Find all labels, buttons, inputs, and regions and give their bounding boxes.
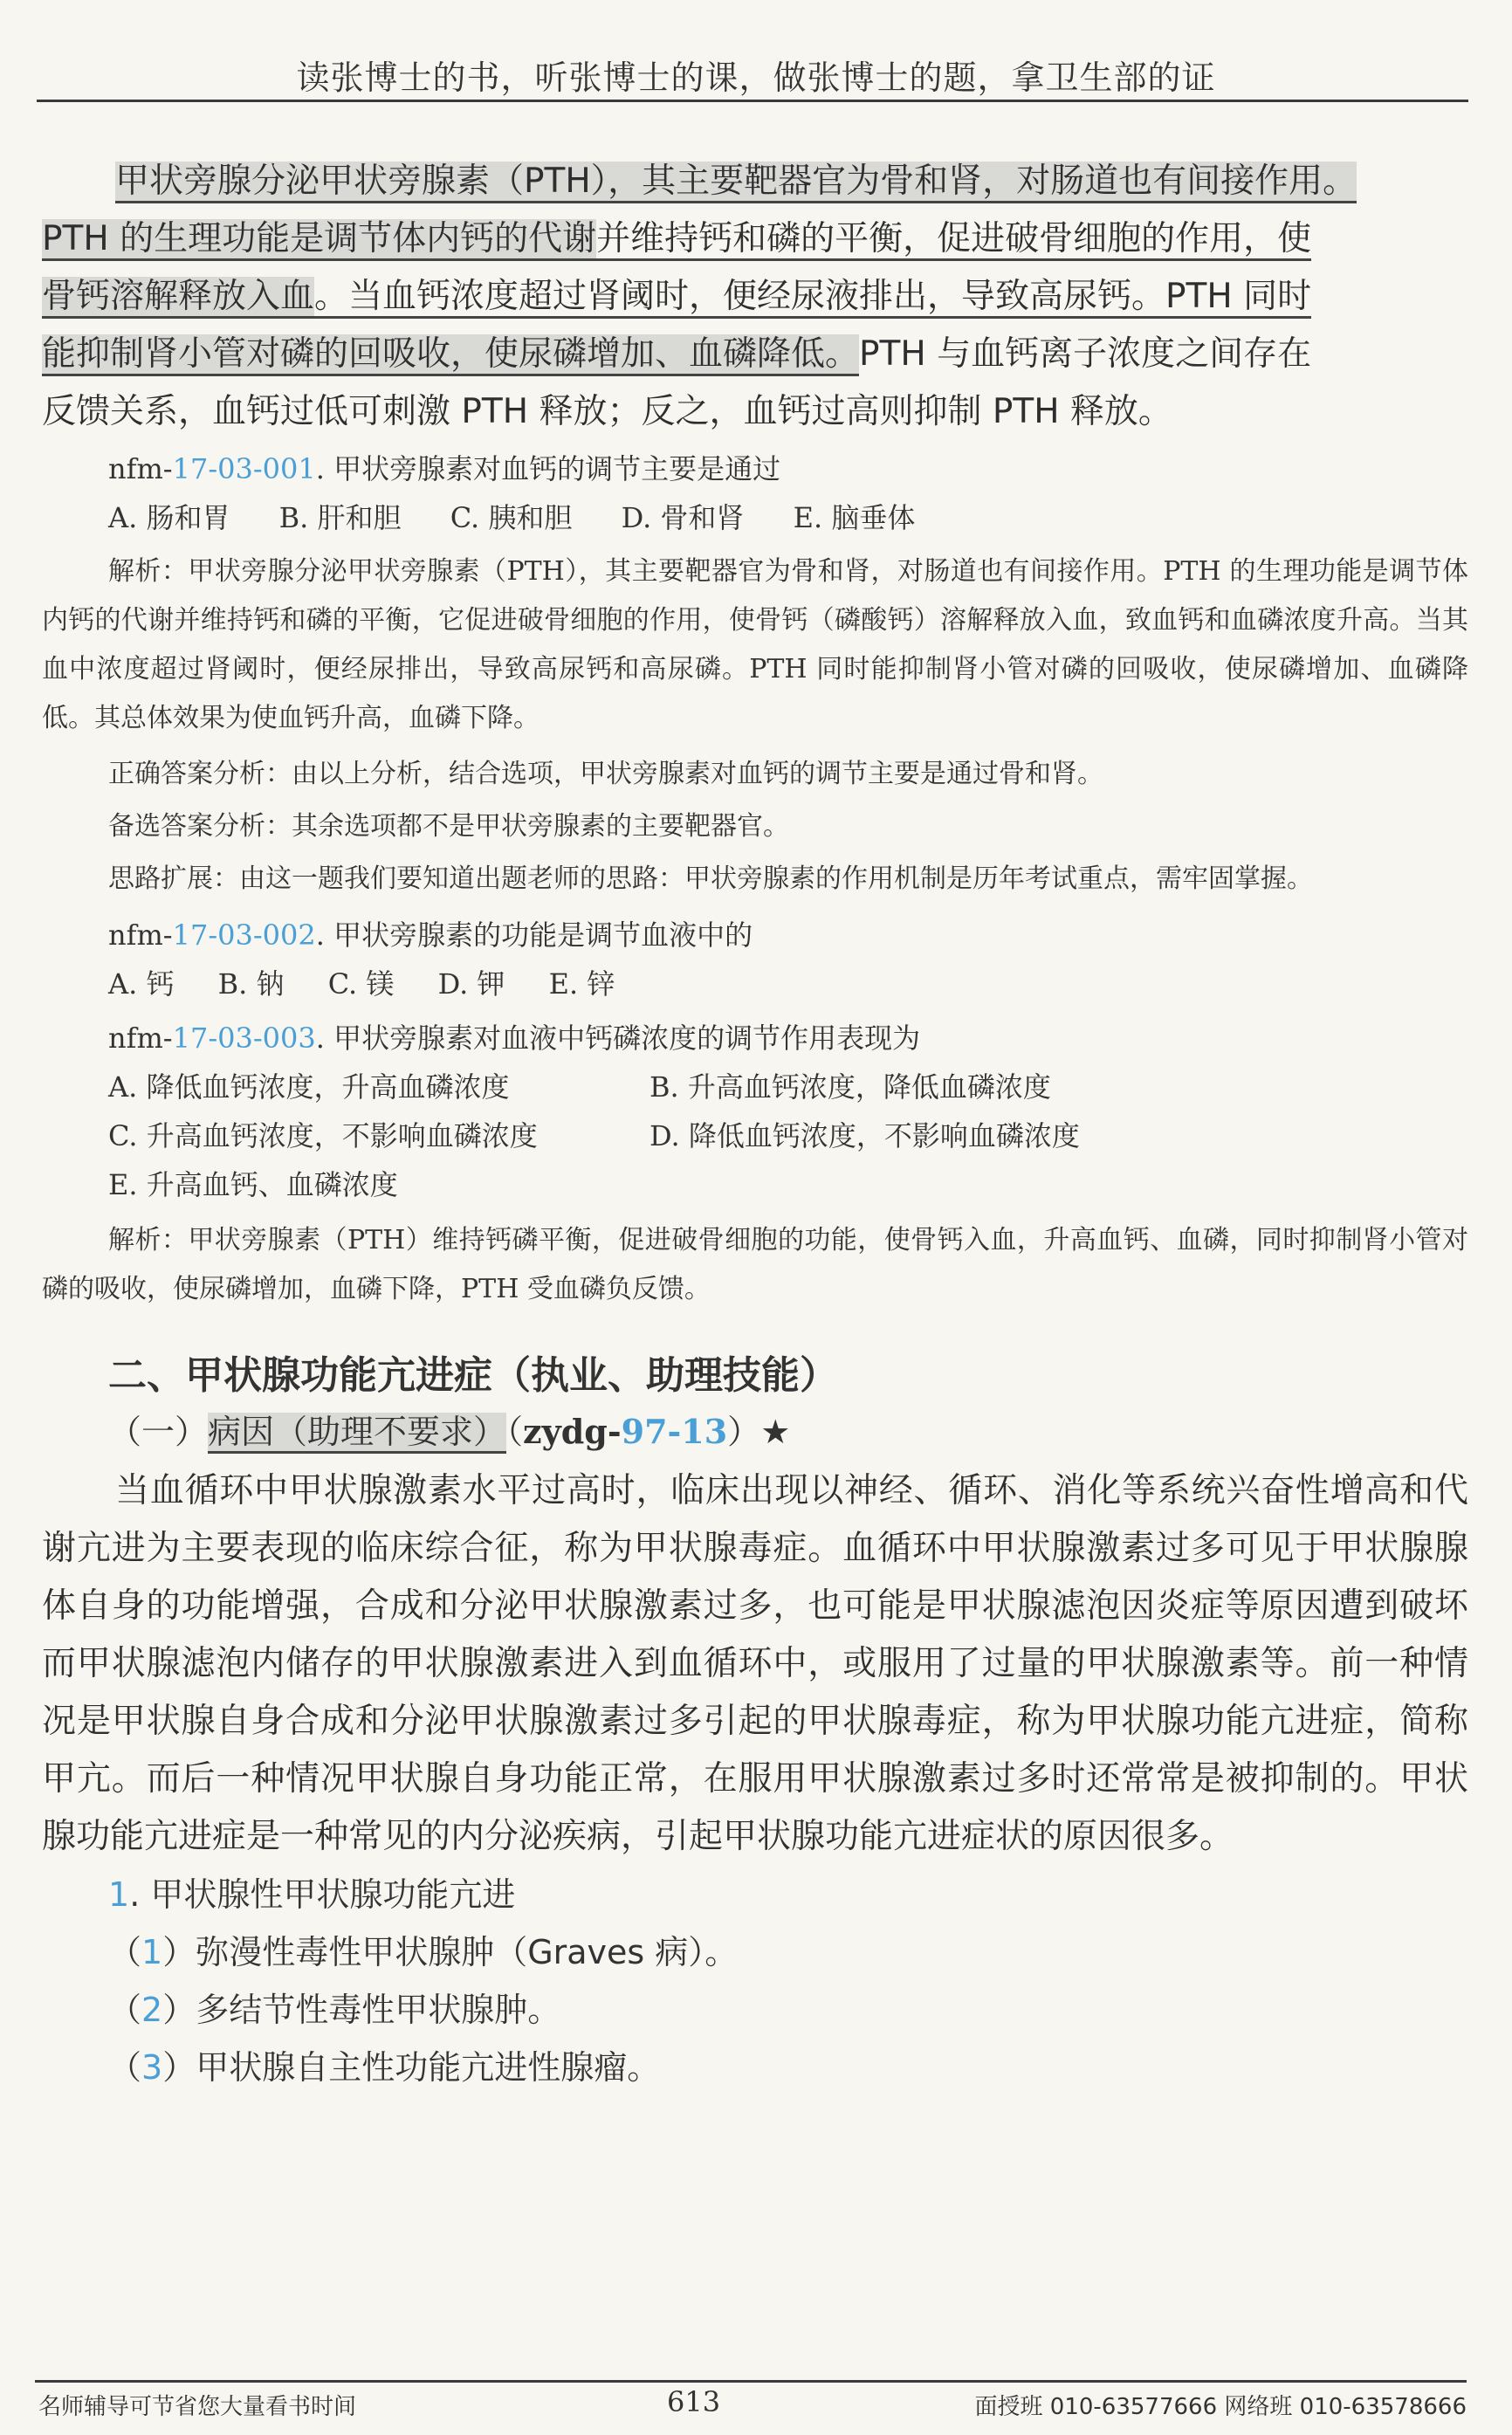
intro-line-1: 甲状旁腺分泌甲状旁腺素（PTH），其主要靶器官为骨和肾，对肠道也有间接作用。 <box>42 153 1468 210</box>
list-item: （3）甲状腺自主性功能亢进性腺瘤。 <box>42 2039 1468 2096</box>
page-content: 甲状旁腺分泌甲状旁腺素（PTH），其主要靶器官为骨和肾，对肠道也有间接作用。 P… <box>42 153 1468 2096</box>
option-e: E. 锌 <box>549 960 615 1008</box>
paren-open: （ <box>108 1933 141 1971</box>
subsection-highlighted-title: 病因（助理不要求） <box>208 1413 506 1454</box>
list-text: ）甲状腺自主性功能亢进性腺瘤。 <box>162 2048 660 2087</box>
intro-line-4: 能抑制肾小管对磷的回吸收，使尿磷增加、血磷降低。PTH 与血钙离子浓度之间存在 <box>42 326 1468 383</box>
question-text: . 甲状旁腺素的功能是调节血液中的 <box>316 918 753 952</box>
highlighted-text: 甲状旁腺分泌甲状旁腺素（PTH），其主要靶器官为骨和肾，对肠道也有间接作用。 <box>115 162 1357 203</box>
section-hyperthyroidism: 二、甲状腺功能亢进症（执业、助理技能） （一）病因（助理不要求）（zydg-97… <box>42 1345 1468 2096</box>
intro-paragraph: 甲状旁腺分泌甲状旁腺素（PTH），其主要靶器官为骨和肾，对肠道也有间接作用。 P… <box>42 153 1468 441</box>
subsection-prefix: （一） <box>108 1413 208 1451</box>
option-e: E. 升高血钙、血磷浓度 <box>108 1160 649 1209</box>
highlighted-text: 能抑制肾小管对磷的回吸收，使尿磷增加、血磷降低。 <box>42 334 859 376</box>
page-footer: 名师辅导可节省您大量看书时间 613 面授班 010-63577666 网络班 … <box>38 2389 1467 2427</box>
question-code-number: 17-03-002 <box>173 918 316 952</box>
list-text: ）弥漫性毒性甲状腺肿（Graves 病）。 <box>162 1933 738 1971</box>
question-code-prefix: nfm- <box>108 918 173 952</box>
option-d: D. 降低血钙浓度，不影响血磷浓度 <box>649 1111 1191 1160</box>
question-2: nfm-17-03-002. 甲状旁腺素的功能是调节血液中的 A. 钙 B. 钠… <box>42 911 1468 1008</box>
option-c: C. 镁 <box>328 960 395 1008</box>
question-code-prefix: nfm- <box>108 1021 173 1055</box>
intro-line-3: 骨钙溶解释放入血。当血钙浓度超过肾阈时，便经尿液排出，导致高尿钙。PTH 同时 <box>42 268 1468 326</box>
section-body: 当血循环中甲状腺激素水平过高时，临床出现以神经、循环、消化等系统兴奋性增高和代谢… <box>42 1462 1468 1866</box>
intro-line-5: 反馈关系，血钙过低可刺激 PTH 释放；反之，血钙过高则抑制 PTH 释放。 <box>42 383 1468 441</box>
thinking-extension: 思路扩展：由这一题我们要知道出题老师的思路：甲状旁腺素的作用机制是历年考试重点，… <box>42 855 1468 904</box>
analysis-text: 解析：甲状旁腺素（PTH）维持钙磷平衡，促进破骨细胞的功能，使骨钙入血，升高血钙… <box>42 1216 1468 1314</box>
list-number: 1 <box>108 1875 129 1914</box>
section-title: 二、甲状腺功能亢进症（执业、助理技能） <box>42 1345 1468 1407</box>
header-divider <box>37 100 1468 102</box>
option-a: A. 肠和胃 <box>108 493 230 542</box>
option-b: B. 升高血钙浓度，降低血磷浓度 <box>649 1063 1191 1111</box>
option-b: B. 肝和胆 <box>279 493 402 542</box>
page-number: 613 <box>667 2385 720 2418</box>
option-e: E. 脑垂体 <box>794 493 916 542</box>
running-header: 读张博士的书，听张博士的课，做张博士的题，拿卫生部的证 <box>0 51 1512 99</box>
correct-answer-analysis: 正确答案分析：由以上分析，结合选项，甲状旁腺素对血钙的调节主要是通过骨和肾。 <box>42 750 1468 799</box>
list-number: 3 <box>141 2048 162 2087</box>
list-item: （2）多结节性毒性甲状腺肿。 <box>42 1981 1468 2039</box>
question-options: A. 肠和胃 B. 肝和胆 C. 胰和胆 D. 骨和肾 E. 脑垂体 <box>42 493 1468 542</box>
question-code-prefix: nfm- <box>108 452 173 485</box>
list-item: 1. 甲状腺性甲状腺功能亢进 <box>42 1866 1468 1923</box>
question-3: nfm-17-03-003. 甲状旁腺素对血液中钙磷浓度的调节作用表现为 A. … <box>42 1014 1468 1314</box>
question-text: . 甲状旁腺素对血液中钙磷浓度的调节作用表现为 <box>316 1021 920 1055</box>
code-close: ） <box>727 1413 760 1451</box>
list-number: 1 <box>141 1933 162 1971</box>
star-icon: ★ <box>760 1413 790 1451</box>
subsection-title: （一）病因（助理不要求）（zydg-97-13）★ <box>42 1407 1468 1457</box>
list-number: 2 <box>141 1991 162 2029</box>
code-prefix: zydg- <box>523 1412 622 1451</box>
intro-line-2: PTH 的生理功能是调节体内钙的代谢并维持钙和磷的平衡，促进破骨细胞的作用，使 <box>42 210 1468 268</box>
underlined-text: 。当血钙浓度超过肾阈时，便经尿液排出，导致高尿钙。PTH 同时 <box>314 277 1311 319</box>
code-number: 97-13 <box>622 1412 728 1451</box>
question-1: nfm-17-03-001. 甲状旁腺素对血钙的调节主要是通过 A. 肠和胃 B… <box>42 444 1468 904</box>
paren-open: （ <box>108 1991 141 2029</box>
list-item: （1）弥漫性毒性甲状腺肿（Graves 病）。 <box>42 1923 1468 1981</box>
code-open: （ <box>506 1413 523 1451</box>
option-d: D. 骨和肾 <box>622 493 745 542</box>
question-stem: nfm-17-03-002. 甲状旁腺素的功能是调节血液中的 <box>42 911 1468 960</box>
option-d: D. 钾 <box>438 960 505 1008</box>
alternative-answer-analysis: 备选答案分析：其余选项都不是甲状旁腺素的主要靶器官。 <box>42 802 1468 851</box>
underlined-text: 并维持钙和磷的平衡，促进破骨细胞的作用，使 <box>596 219 1311 261</box>
intro-text: PTH 与血钙离子浓度之间存在 <box>859 334 1311 374</box>
book-page: 读张博士的书，听张博士的课，做张博士的题，拿卫生部的证 甲状旁腺分泌甲状旁腺素（… <box>0 0 1512 2435</box>
list-text: . 甲状腺性甲状腺功能亢进 <box>129 1875 515 1914</box>
question-options: A. 钙 B. 钠 C. 镁 D. 钾 E. 锌 <box>42 960 1468 1008</box>
footer-slogan: 名师辅导可节省您大量看书时间 <box>38 2389 356 2421</box>
option-a: A. 钙 <box>108 960 174 1008</box>
option-c: C. 胰和胆 <box>450 493 573 542</box>
question-stem: nfm-17-03-003. 甲状旁腺素对血液中钙磷浓度的调节作用表现为 <box>42 1014 1468 1063</box>
highlighted-text: PTH 的生理功能是调节体内钙的代谢 <box>42 219 596 261</box>
question-code-number: 17-03-003 <box>173 1021 316 1055</box>
analysis-text: 解析：甲状旁腺分泌甲状旁腺素（PTH），其主要靶器官为骨和肾，对肠道也有间接作用… <box>42 547 1468 743</box>
option-b: B. 钠 <box>218 960 285 1008</box>
option-c: C. 升高血钙浓度，不影响血磷浓度 <box>108 1111 649 1160</box>
highlighted-text: 骨钙溶解释放入血 <box>42 277 314 319</box>
footer-divider <box>35 2380 1467 2383</box>
list-text: ）多结节性毒性甲状腺肿。 <box>162 1991 560 2029</box>
question-options: A. 降低血钙浓度，升高血磷浓度 B. 升高血钙浓度，降低血磷浓度 C. 升高血… <box>42 1063 1468 1209</box>
question-text: . 甲状旁腺素对血钙的调节主要是通过 <box>316 452 780 485</box>
question-code-number: 17-03-001 <box>173 452 316 485</box>
paren-open: （ <box>108 2048 141 2087</box>
question-stem: nfm-17-03-001. 甲状旁腺素对血钙的调节主要是通过 <box>42 444 1468 493</box>
option-a: A. 降低血钙浓度，升高血磷浓度 <box>108 1063 649 1111</box>
footer-contact: 面授班 010-63577666 网络班 010-63578666 <box>975 2389 1467 2421</box>
